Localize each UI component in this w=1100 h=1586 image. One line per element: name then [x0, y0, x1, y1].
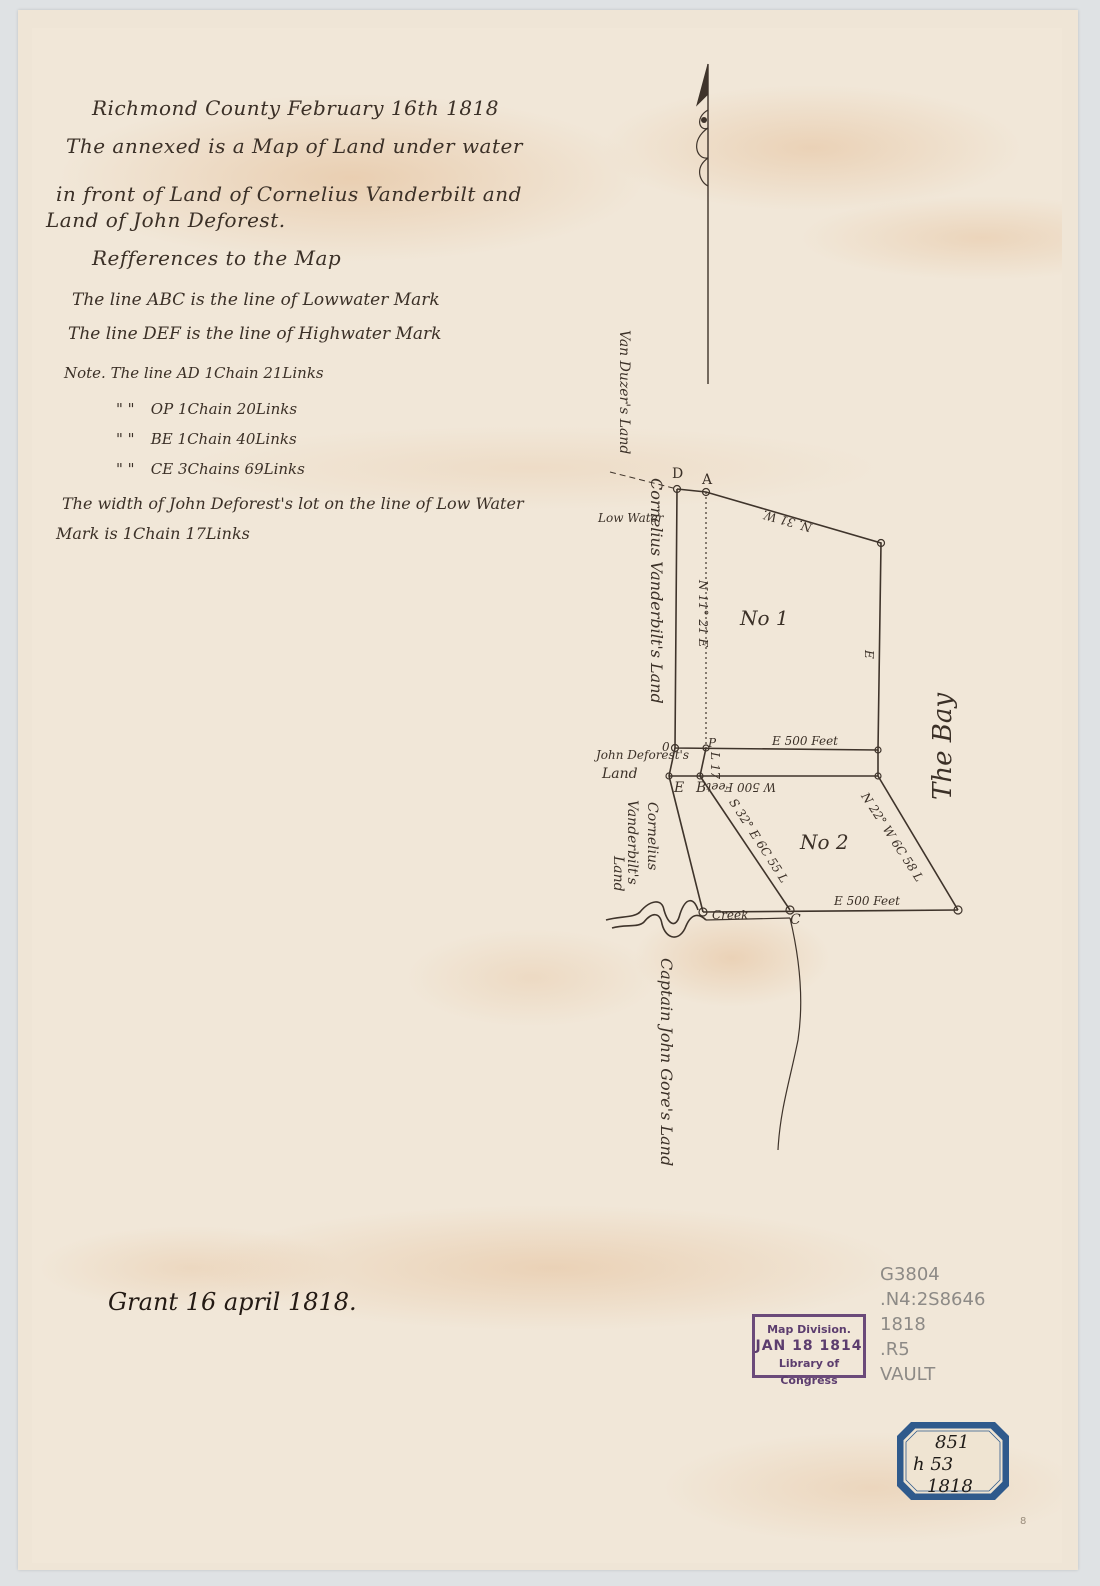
creek-label: Creek — [712, 908, 748, 922]
bearing-no1-south: E 500 Feet — [772, 734, 838, 748]
stamp-line-2: JAN 18 1814 — [755, 1338, 863, 1355]
call-number-line: 1818 — [880, 1312, 985, 1337]
parcel-no-1: No 1 — [740, 606, 789, 630]
vanderbilt-lower-label-2: Vanderbilt's — [624, 800, 640, 885]
low-water-label: Low Water — [598, 511, 663, 525]
label-line-2: h 53 — [913, 1454, 953, 1475]
library-of-congress-stamp: Map Division. JAN 18 1814 Library of Con… — [752, 1314, 866, 1378]
corner-mark: 8 — [1020, 1516, 1026, 1527]
stamp-line-1: Map Division. — [755, 1321, 863, 1338]
point-label-e: E — [674, 780, 684, 796]
call-number-line: VAULT — [880, 1362, 985, 1387]
point-label-p: P — [708, 736, 716, 750]
parcel-no-2: No 2 — [800, 830, 849, 854]
bearing-no1-east: E — [862, 650, 876, 659]
label-line-3: 1818 — [927, 1476, 973, 1497]
point-label-d: D — [672, 466, 683, 482]
vanderbilt-lower-label-1: Cornelius — [644, 802, 660, 870]
call-number: G3804 .N4:2S8646 1818 .R5 VAULT — [880, 1262, 985, 1387]
deforest-land-label-2: Land — [602, 766, 638, 782]
vanderbilt-lower-label-3: Land — [610, 856, 626, 892]
gore-land-label: Captain John Gore's Land — [657, 958, 676, 1166]
call-number-line: .R5 — [880, 1337, 985, 1362]
van-duzer-land-label: Van Duzer's Land — [616, 330, 632, 454]
call-number-line: .N4:2S8646 — [880, 1287, 985, 1312]
point-label-c: C — [790, 912, 801, 928]
point-label-a: A — [702, 472, 712, 488]
the-bay-label: The Bay — [928, 693, 958, 800]
label-line-1: 851 — [935, 1432, 969, 1453]
north-arrow-icon — [697, 64, 708, 384]
op-distance-label: L 17 — [708, 752, 722, 779]
deforest-land-label: John Deforest's — [596, 748, 689, 762]
bearing-no1-west: N 11° 21 E — [696, 580, 710, 647]
catalog-label-card: 851 h 53 1818 — [895, 1420, 1011, 1502]
bearing-no2-north: W 500 Feet — [706, 780, 776, 794]
call-number-line: G3804 — [880, 1262, 985, 1287]
stamp-line-3: Library of Congress — [755, 1355, 863, 1389]
bearing-no2-south: E 500 Feet — [834, 894, 900, 908]
point-label-b: B — [696, 780, 706, 796]
grant-note: Grant 16 april 1818. — [108, 1288, 357, 1316]
